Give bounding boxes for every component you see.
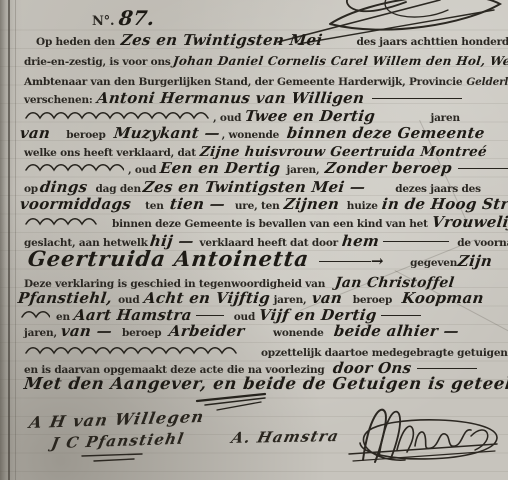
filler-rule bbox=[196, 315, 224, 316]
printed-text: ten bbox=[145, 200, 164, 212]
handwritten-text: Een en Dertig bbox=[159, 159, 281, 177]
filler-rule bbox=[383, 241, 449, 242]
printed-text: Gelderland, — bbox=[466, 76, 508, 88]
printed-text: wonende bbox=[273, 327, 324, 339]
handwritten-text: beide alhier — bbox=[333, 322, 460, 340]
closing-underline-flourish bbox=[195, 391, 275, 413]
printed-text: jaren, bbox=[24, 327, 57, 339]
handwritten-text: binnen deze Gemeente bbox=[286, 124, 486, 142]
document-line: Geertruida Antoinetta→gegevenZijn bbox=[28, 246, 492, 271]
handwritten-text: Antoni Hermanus van Willigen bbox=[95, 89, 364, 107]
printed-text: drie-en-zestig, is voor ons bbox=[24, 56, 171, 68]
document-line: Op heden denZes en Twintigsten Meides ja… bbox=[36, 30, 508, 49]
document-line: vanberoepMuzykant —, wonendebinnen deze … bbox=[20, 123, 485, 142]
document-line: verschenen:Antoni Hermanus van Willigen bbox=[24, 88, 462, 107]
printed-text: , wonende bbox=[222, 129, 280, 141]
act-number: N°. 87. bbox=[92, 6, 155, 30]
printed-text: beroep bbox=[66, 129, 105, 141]
handwritten-text: van bbox=[19, 124, 51, 142]
printed-text: gegeven bbox=[410, 257, 457, 269]
act-number-label: N°. bbox=[92, 14, 114, 29]
official-signature-flourish bbox=[345, 398, 505, 476]
margin-line-faint bbox=[15, 0, 16, 480]
act-number-value: 87. bbox=[118, 6, 157, 30]
printed-text: beroep bbox=[122, 327, 161, 339]
filler-rule bbox=[372, 98, 462, 99]
handwritten-text: Zonder beroep bbox=[324, 159, 453, 177]
handwritten-text: van — bbox=[60, 322, 113, 340]
handwritten-text: Muzykant — bbox=[113, 124, 221, 142]
printed-text: Ambtenaar van den Burgerlijken Stand, de… bbox=[24, 76, 462, 88]
filler-rule bbox=[417, 368, 477, 369]
handwritten-text: voormiddags bbox=[19, 195, 132, 213]
printed-text: jaren, bbox=[287, 164, 320, 176]
document-line: Ambtenaar van den Burgerlijken Stand, de… bbox=[24, 70, 508, 89]
filler-squiggle bbox=[24, 218, 102, 228]
handwritten-text: Zes en Twintigsten Mei bbox=[120, 31, 324, 49]
printed-text: ure, ten bbox=[235, 200, 280, 212]
filler-rule bbox=[381, 315, 421, 316]
document-line: voormiddagstentien —ure, tenZijnenhuizei… bbox=[20, 194, 508, 213]
document-line: drie-en-zestig, is voor onsJohan Daniel … bbox=[24, 50, 508, 69]
printed-text: huize bbox=[347, 200, 378, 212]
handwritten-text: Zijnen bbox=[282, 195, 339, 213]
handwritten-text: Arbeider bbox=[168, 322, 246, 340]
document-line: Met den Aangever, en beide de Getuigen i… bbox=[24, 374, 508, 393]
printed-text: binnen deze Gemeente is bevallen van een… bbox=[112, 218, 428, 230]
document-line: , oudEen en Dertigjaren,Zonder beroep bbox=[24, 158, 508, 177]
document-line: jaren,van —beroepArbeiderwonendebeide al… bbox=[24, 321, 458, 340]
filler-squiggle bbox=[24, 164, 124, 174]
document-line: binnen deze Gemeente is bevallen van een… bbox=[24, 212, 508, 231]
birth-certificate-scan: N°. 87. Op heden denZes en Twintigsten M… bbox=[0, 0, 508, 480]
filler-rule bbox=[319, 261, 371, 262]
filler-squiggle bbox=[24, 112, 209, 122]
signature-underline-flourish bbox=[80, 452, 150, 464]
printed-text: des jaars achttien honderd bbox=[357, 36, 508, 48]
filler-squiggle bbox=[20, 311, 50, 321]
signature-witness-1: J C Pfanstiehl bbox=[50, 430, 186, 453]
handwritten-text: → bbox=[370, 252, 385, 270]
handwritten-text: Vrouwelijk bbox=[431, 213, 508, 231]
signature-witness-2: A. Hamstra bbox=[230, 427, 341, 447]
filler-rule bbox=[458, 168, 508, 169]
handwritten-text: Geertruida Antoinetta bbox=[26, 246, 310, 271]
margin-line bbox=[8, 0, 10, 480]
handwritten-text: in de Hoog Straat bbox=[381, 195, 508, 213]
signature-declarant: A H van Willegen bbox=[28, 407, 206, 432]
handwritten-text: Johan Daniel Cornelis Carel Willem den H… bbox=[172, 54, 508, 68]
filler-squiggle bbox=[24, 347, 249, 357]
handwritten-text: Met den Aangever, en beide de Getuigen i… bbox=[23, 374, 508, 393]
printed-text: , oud bbox=[128, 164, 156, 176]
printed-text: verschenen: bbox=[24, 94, 93, 106]
printed-text: Op heden den bbox=[36, 36, 115, 48]
handwritten-text: Zijn bbox=[457, 252, 493, 270]
handwritten-text: tien — bbox=[169, 195, 226, 213]
